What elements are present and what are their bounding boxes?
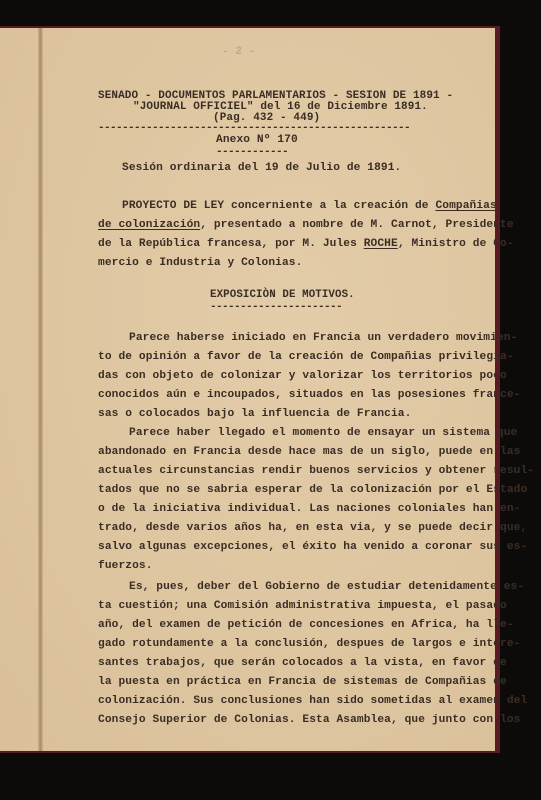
reverse-page-number-bleed: - 2 -	[222, 46, 256, 58]
paragraph-2-line: trado, desde varios años ha, en esta via…	[98, 522, 527, 534]
underlined-companias: Compañias	[435, 200, 496, 212]
paragraph-3-line: Consejo Superior de Colonias. Esta Asamb…	[98, 714, 520, 726]
project-text: PROYECTO DE LEY concerniente a la creaci…	[122, 200, 435, 212]
paragraph-3-line: ta cuestión; una Comisión administrativa…	[98, 600, 507, 612]
paragraph-3-line: año, del examen de petición de concesion…	[98, 619, 514, 631]
paragraph-3-line: santes trabajos, que serán colocados a l…	[98, 657, 507, 669]
paragraph-2-line: tados que no se sabria esperar de la col…	[98, 484, 527, 496]
binding-spine	[38, 28, 43, 751]
project-line-1: PROYECTO DE LEY concerniente a la creaci…	[122, 200, 497, 212]
paragraph-2-line: fuerzos.	[98, 560, 153, 572]
section-title: EXPOSICIÒN DE MOTIVOS.	[210, 289, 355, 301]
paragraph-1-line: Parece haberse iniciado en Francia un ve…	[129, 332, 517, 344]
project-text: , presentado a nombre de M. Carnot, Pres…	[200, 219, 513, 231]
underlined-roche: ROCHE	[364, 238, 398, 250]
project-text: , Ministro de Co-	[398, 238, 514, 250]
annex-rule: ------------	[216, 146, 288, 158]
paragraph-1-line: das con objeto de colonizar y valorizar …	[98, 370, 507, 382]
paragraph-2-line: Parece haber llegado el momento de ensay…	[129, 427, 517, 439]
project-line-4: mercio e Industria y Colonias.	[98, 257, 302, 269]
project-text: de la República francesa, por M. Jules	[98, 238, 364, 250]
paragraph-2-line: actuales circunstancias rendir buenos se…	[98, 465, 534, 477]
project-line-2: de colonización, presentado a nombre de …	[98, 219, 514, 231]
section-rule: ----------------------	[210, 301, 342, 313]
session-line: Sesión ordinaria del 19 de Julio de 1891…	[122, 162, 401, 174]
paragraph-2-line: abandonado en Francia desde hace mas de …	[98, 446, 520, 458]
annex-title: Anexo Nº 170	[216, 134, 298, 146]
paragraph-1-line: to de opinión a favor de la creación de …	[98, 351, 514, 363]
document-page: - 2 - SENADO - DOCUMENTOS PARLAMENTARIOS…	[0, 28, 495, 751]
paragraph-3-line: la puesta en práctica en Francia de sist…	[98, 676, 507, 688]
header-rule: ----------------------------------------…	[98, 122, 410, 134]
paragraph-3-line: colonización. Sus conclusiones han sido …	[98, 695, 527, 707]
underlined-colonizacion: de colonización	[98, 219, 200, 231]
paragraph-1-line: sas o colocados bajo la influencia de Fr…	[98, 408, 411, 420]
paragraph-3-line: gado rotundamente a la conclusión, despu…	[98, 638, 520, 650]
paragraph-2-line: o de la iniciativa individual. Las nacio…	[98, 503, 520, 515]
paragraph-1-line: conocidos aún e incoupados, situados en …	[98, 389, 520, 401]
paragraph-3-line: Es, pues, deber del Gobierno de estudiar…	[129, 581, 524, 593]
paragraph-2-line: salvo algunas excepciones, el éxito ha v…	[98, 541, 527, 553]
project-line-3: de la República francesa, por M. Jules R…	[98, 238, 514, 250]
